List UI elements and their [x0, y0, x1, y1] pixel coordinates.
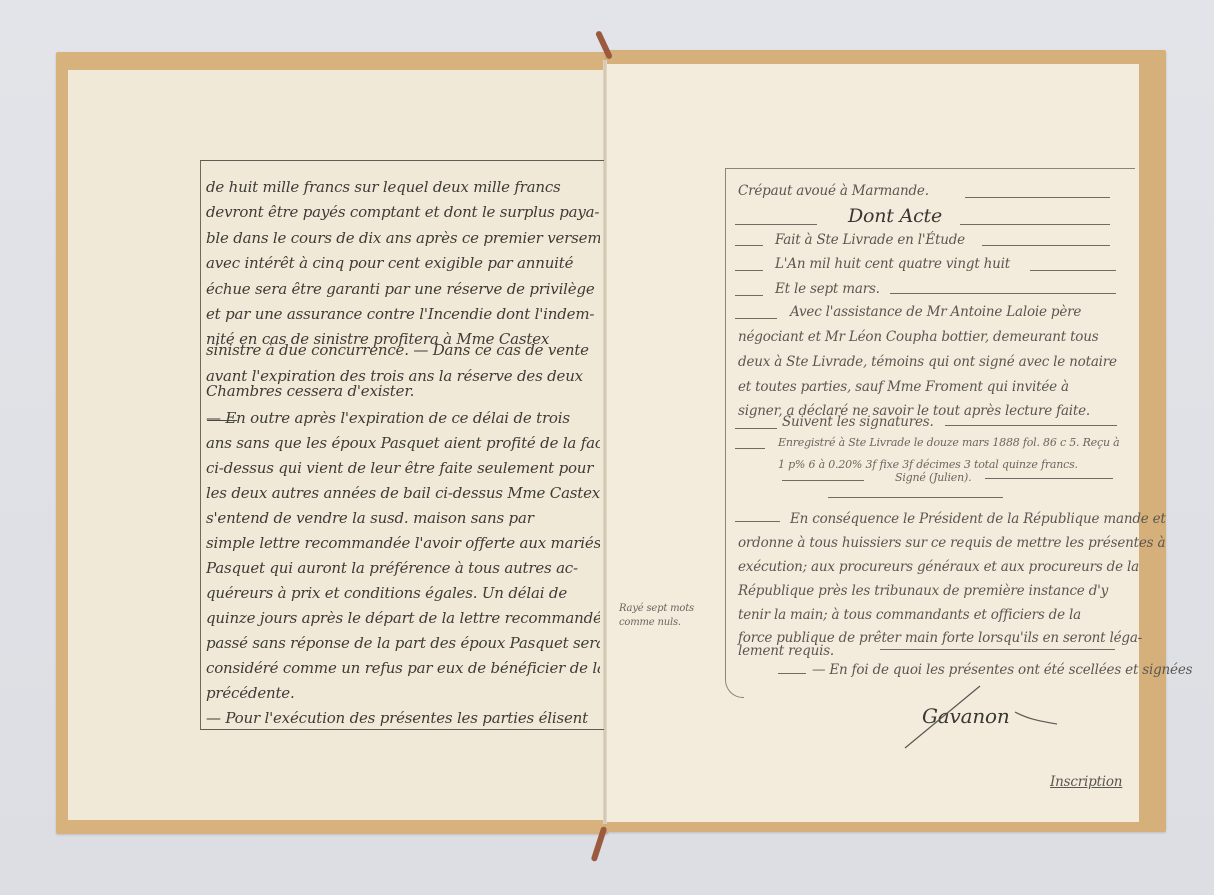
text-line: considéré comme un refus par eux de béné…: [206, 661, 600, 676]
text-line: sinistre à due concurrence. — Dans ce ca…: [206, 343, 600, 358]
filler-rule: [782, 480, 864, 481]
text-line: ble dans le cours de dix ans après ce pr…: [206, 231, 600, 246]
registration-line1: Enregistré à Ste Livrade le douze mars 1…: [778, 437, 1119, 448]
text-line: exécution; aux procureurs généraux et au…: [738, 561, 1139, 575]
text-line: — En outre après l'expiration de ce déla…: [206, 411, 600, 426]
text-line: et toutes parties, sauf Mme Froment qui …: [738, 381, 1069, 395]
margin-note-line1: Rayé sept mots: [619, 604, 694, 614]
text-line: En conséquence le Président de la Républ…: [790, 513, 1166, 527]
filler-rule: [982, 245, 1110, 246]
text-line: — Pour l'exécution des présentes les par…: [206, 711, 600, 726]
registration-line3: Signé (Julien).: [895, 472, 971, 483]
text-line: avec intérêt à cinq pour cent exigible p…: [206, 256, 600, 271]
filler-rule: [880, 649, 1115, 650]
filler-rule: [735, 224, 817, 225]
text-line: et par une assurance contre l'Incendie d…: [206, 307, 600, 322]
text-line: quéreurs à prix et conditions égales. Un…: [206, 586, 600, 601]
margin-note-line2: comme nuls.: [619, 618, 681, 628]
text-line: négociant et Mr Léon Coupha bottier, dem…: [738, 331, 1098, 345]
text-line: simple lettre recommandée l'avoir offert…: [206, 536, 600, 551]
registration-line2: 1 p% 6 à 0.20% 3f fixe 3f décimes 3 tota…: [778, 459, 1078, 470]
filler-rule: [735, 245, 763, 246]
text-line: les deux autres années de bail ci-dessus…: [206, 486, 600, 501]
photo-background: de huit mille francs sur lequel deux mil…: [0, 0, 1214, 895]
filler-rule: [828, 497, 1003, 498]
filler-rule: [735, 428, 777, 429]
text-line: tenir la main; à tous commandants et off…: [738, 609, 1081, 623]
text-line: Fait à Ste Livrade en l'Étude: [775, 234, 965, 248]
text-line: Avec l'assistance de Mr Antoine Laloie p…: [790, 306, 1081, 320]
text-line: s'entend de vendre la susd. maison sans …: [206, 511, 600, 526]
filler-rule: [1030, 270, 1116, 271]
filler-rule: [965, 197, 1110, 198]
text-line: de huit mille francs sur lequel deux mil…: [206, 180, 600, 195]
filler-rule: [735, 295, 763, 296]
filler-rule: [945, 425, 1117, 426]
filler-rule: [960, 224, 1110, 225]
text-line: lement requis.: [738, 645, 834, 659]
dont-acte-heading: Dont Acte: [848, 207, 942, 226]
text-line: avant l'expiration des trois ans la rése…: [206, 369, 600, 384]
text-line: quinze jours après le départ de la lettr…: [206, 611, 600, 626]
signature-flourish-icon: [895, 676, 1065, 756]
paragraph-dash: [207, 420, 237, 421]
text-line: Pasquet qui auront la préférence à tous …: [206, 561, 600, 576]
text-line: République près les tribunaux de premièr…: [738, 585, 1108, 599]
filler-rule: [735, 318, 777, 319]
text-line: L'An mil huit cent quatre vingt huit: [775, 258, 1010, 272]
filler-rule: [985, 478, 1113, 479]
filler-rule: [735, 448, 765, 449]
text-line: échue sera être garanti par une réserve …: [206, 282, 600, 297]
text-line: ci-dessus qui vient de leur être faite s…: [206, 461, 600, 476]
text-line: Crépaut avoué à Marmande.: [738, 185, 929, 199]
text-line: deux à Ste Livrade, témoins qui ont sign…: [738, 356, 1117, 370]
filler-rule: [735, 270, 763, 271]
text-line: ans sans que les époux Pasquet aient pro…: [206, 436, 600, 451]
text-line: précédente.: [206, 686, 600, 701]
text-line: Et le sept mars.: [775, 283, 880, 297]
text-line: devront être payés comptant et dont le s…: [206, 205, 600, 220]
filler-rule: [890, 293, 1116, 294]
text-line: Suivent les signatures.: [782, 416, 934, 430]
text-line: ordonne à tous huissiers sur ce requis d…: [738, 537, 1165, 551]
filler-rule: [735, 521, 780, 522]
text-line: Chambres cessera d'exister.: [206, 384, 600, 399]
filler-rule: [778, 673, 806, 674]
inscription-label: Inscription: [1050, 776, 1122, 790]
text-line: passé sans réponse de la part des époux …: [206, 636, 600, 651]
